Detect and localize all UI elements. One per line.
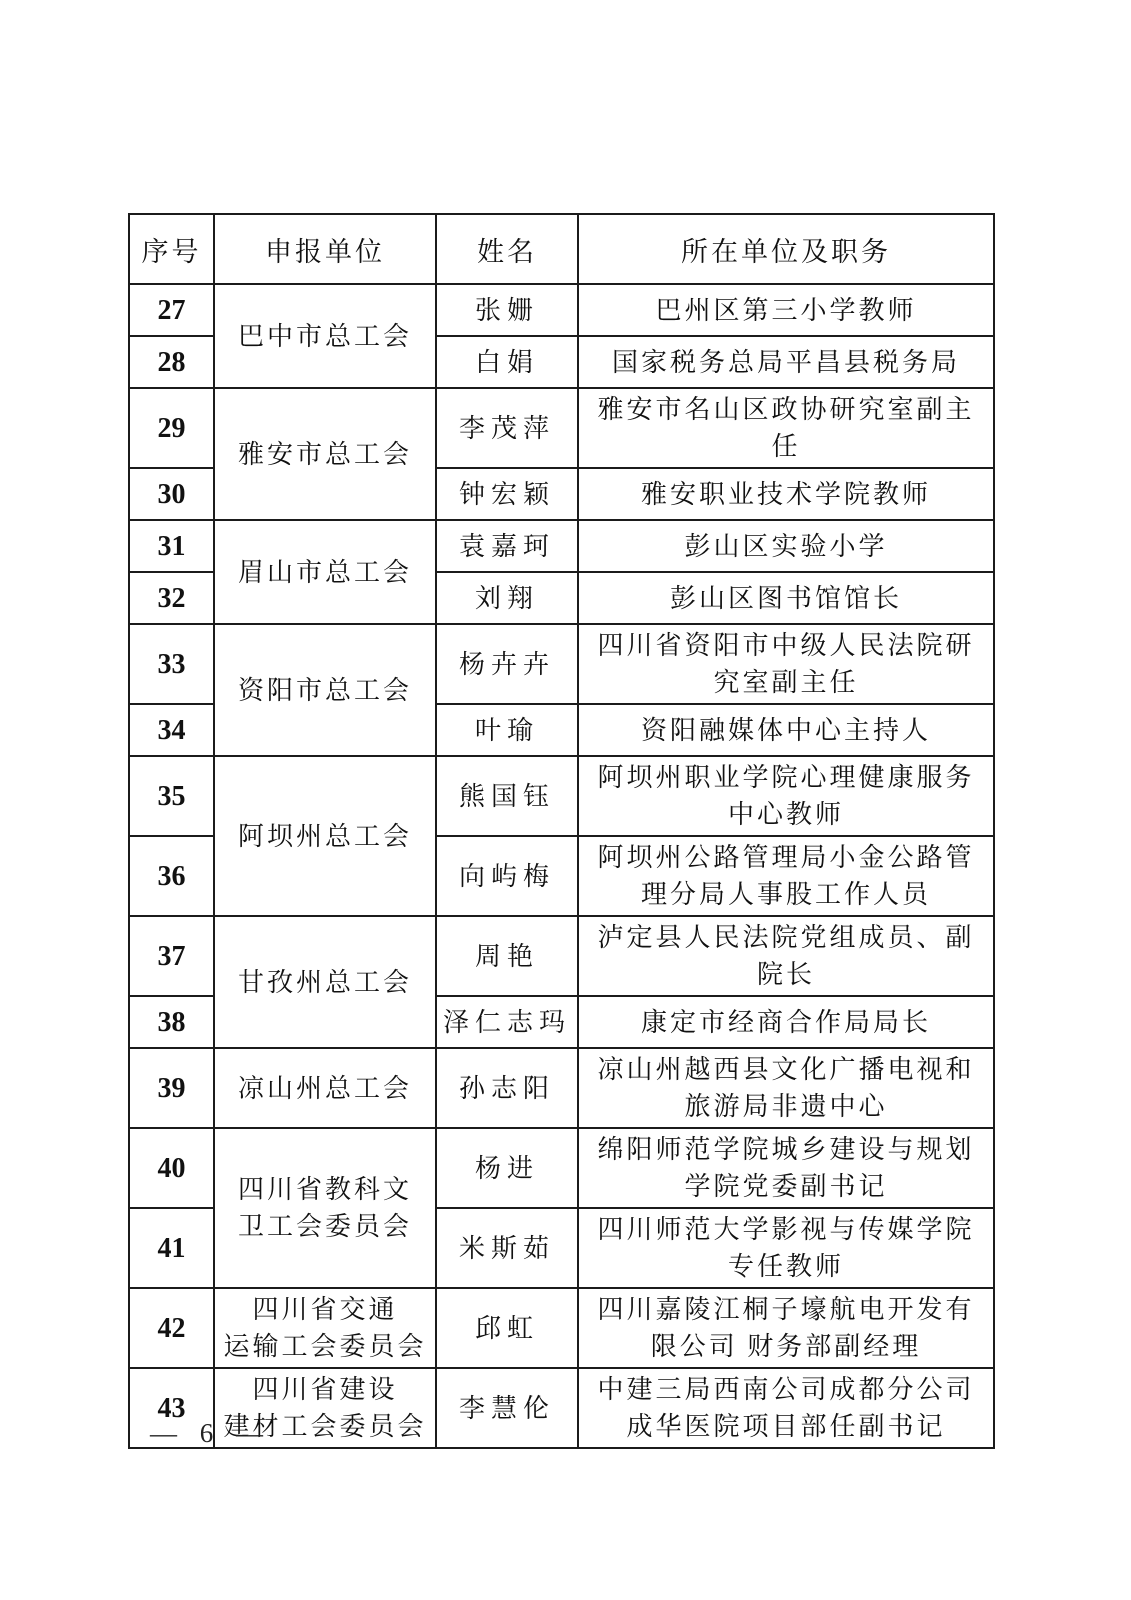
cell-position: 彭山区图书馆馆长 [578,572,994,624]
cell-name: 周艳 [436,916,578,996]
cell-name: 李茂萍 [436,388,578,468]
cell-position: 巴州区第三小学教师 [578,284,994,336]
table-row: 39凉山州总工会孙志阳凉山州越西县文化广播电视和旅游局非遗中心 [129,1048,994,1128]
col-header-position: 所在单位及职务 [578,214,994,284]
cell-position: 阿坝州职业学院心理健康服务中心教师 [578,756,994,836]
table-body: 27巴中市总工会张姗巴州区第三小学教师28白娟国家税务总局平昌县税务局29雅安市… [129,284,994,1448]
cell-name: 叶瑜 [436,704,578,756]
cell-position: 泸定县人民法院党组成员、副院长 [578,916,994,996]
cell-unit: 资阳市总工会 [214,624,436,756]
table-row: 42四川省交通 运输工会委员会邱虹四川嘉陵江桐子壕航电开发有限公司 财务部副经理 [129,1288,994,1368]
cell-position: 绵阳师范学院城乡建设与规划学院党委副书记 [578,1128,994,1208]
cell-name: 李慧伦 [436,1368,578,1448]
col-header-name: 姓名 [436,214,578,284]
cell-name: 白娟 [436,336,578,388]
table-row: 31眉山市总工会袁嘉珂彭山区实验小学 [129,520,994,572]
cell-name: 钟宏颖 [436,468,578,520]
cell-position: 四川省资阳市中级人民法院研究室副主任 [578,624,994,704]
cell-position: 中建三局西南公司成都分公司成华医院项目部任副书记 [578,1368,994,1448]
cell-index: 42 [129,1288,214,1368]
cell-position: 四川师范大学影视与传媒学院专任教师 [578,1208,994,1288]
cell-name: 刘翔 [436,572,578,624]
table-header: 序号 申报单位 姓名 所在单位及职务 [129,214,994,284]
cell-index: 40 [129,1128,214,1208]
cell-position: 彭山区实验小学 [578,520,994,572]
cell-position: 康定市经商合作局局长 [578,996,994,1048]
cell-index: 38 [129,996,214,1048]
cell-name: 向屿梅 [436,836,578,916]
cell-name: 泽仁志玛 [436,996,578,1048]
cell-name: 袁嘉珂 [436,520,578,572]
cell-position: 凉山州越西县文化广播电视和旅游局非遗中心 [578,1048,994,1128]
col-header-index: 序号 [129,214,214,284]
cell-position: 资阳融媒体中心主持人 [578,704,994,756]
cell-position: 雅安市名山区政协研究室副主任 [578,388,994,468]
col-header-unit: 申报单位 [214,214,436,284]
cell-position: 四川嘉陵江桐子壕航电开发有限公司 财务部副经理 [578,1288,994,1368]
cell-index: 33 [129,624,214,704]
table-row: 27巴中市总工会张姗巴州区第三小学教师 [129,284,994,336]
cell-index: 35 [129,756,214,836]
table-row: 29雅安市总工会李茂萍雅安市名山区政协研究室副主任 [129,388,994,468]
cell-name: 邱虹 [436,1288,578,1368]
cell-name: 米斯茹 [436,1208,578,1288]
page-number: — 6 — [150,1418,271,1449]
table-row: 40四川省教科文 卫工会委员会杨进绵阳师范学院城乡建设与规划学院党委副书记 [129,1128,994,1208]
cell-unit: 巴中市总工会 [214,284,436,388]
cell-index: 34 [129,704,214,756]
cell-unit: 眉山市总工会 [214,520,436,624]
cell-unit: 雅安市总工会 [214,388,436,520]
cell-index: 30 [129,468,214,520]
cell-index: 32 [129,572,214,624]
table-row: 33资阳市总工会杨卉卉四川省资阳市中级人民法院研究室副主任 [129,624,994,704]
cell-index: 27 [129,284,214,336]
award-nominees-table: 序号 申报单位 姓名 所在单位及职务 27巴中市总工会张姗巴州区第三小学教师28… [128,213,995,1449]
cell-name: 张姗 [436,284,578,336]
cell-index: 37 [129,916,214,996]
header-row: 序号 申报单位 姓名 所在单位及职务 [129,214,994,284]
cell-unit: 四川省教科文 卫工会委员会 [214,1128,436,1288]
cell-index: 39 [129,1048,214,1128]
cell-unit: 四川省交通 运输工会委员会 [214,1288,436,1368]
cell-name: 熊国钰 [436,756,578,836]
cell-name: 杨进 [436,1128,578,1208]
table-row: 37甘孜州总工会周艳泸定县人民法院党组成员、副院长 [129,916,994,996]
cell-name: 杨卉卉 [436,624,578,704]
cell-index: 41 [129,1208,214,1288]
cell-position: 国家税务总局平昌县税务局 [578,336,994,388]
cell-position: 阿坝州公路管理局小金公路管理分局人事股工作人员 [578,836,994,916]
cell-index: 29 [129,388,214,468]
cell-unit: 甘孜州总工会 [214,916,436,1048]
cell-index: 36 [129,836,214,916]
document-page: 序号 申报单位 姓名 所在单位及职务 27巴中市总工会张姗巴州区第三小学教师28… [0,0,1131,1600]
cell-unit: 凉山州总工会 [214,1048,436,1128]
cell-name: 孙志阳 [436,1048,578,1128]
cell-index: 28 [129,336,214,388]
table-row: 35阿坝州总工会熊国钰阿坝州职业学院心理健康服务中心教师 [129,756,994,836]
cell-unit: 阿坝州总工会 [214,756,436,916]
cell-position: 雅安职业技术学院教师 [578,468,994,520]
cell-index: 31 [129,520,214,572]
